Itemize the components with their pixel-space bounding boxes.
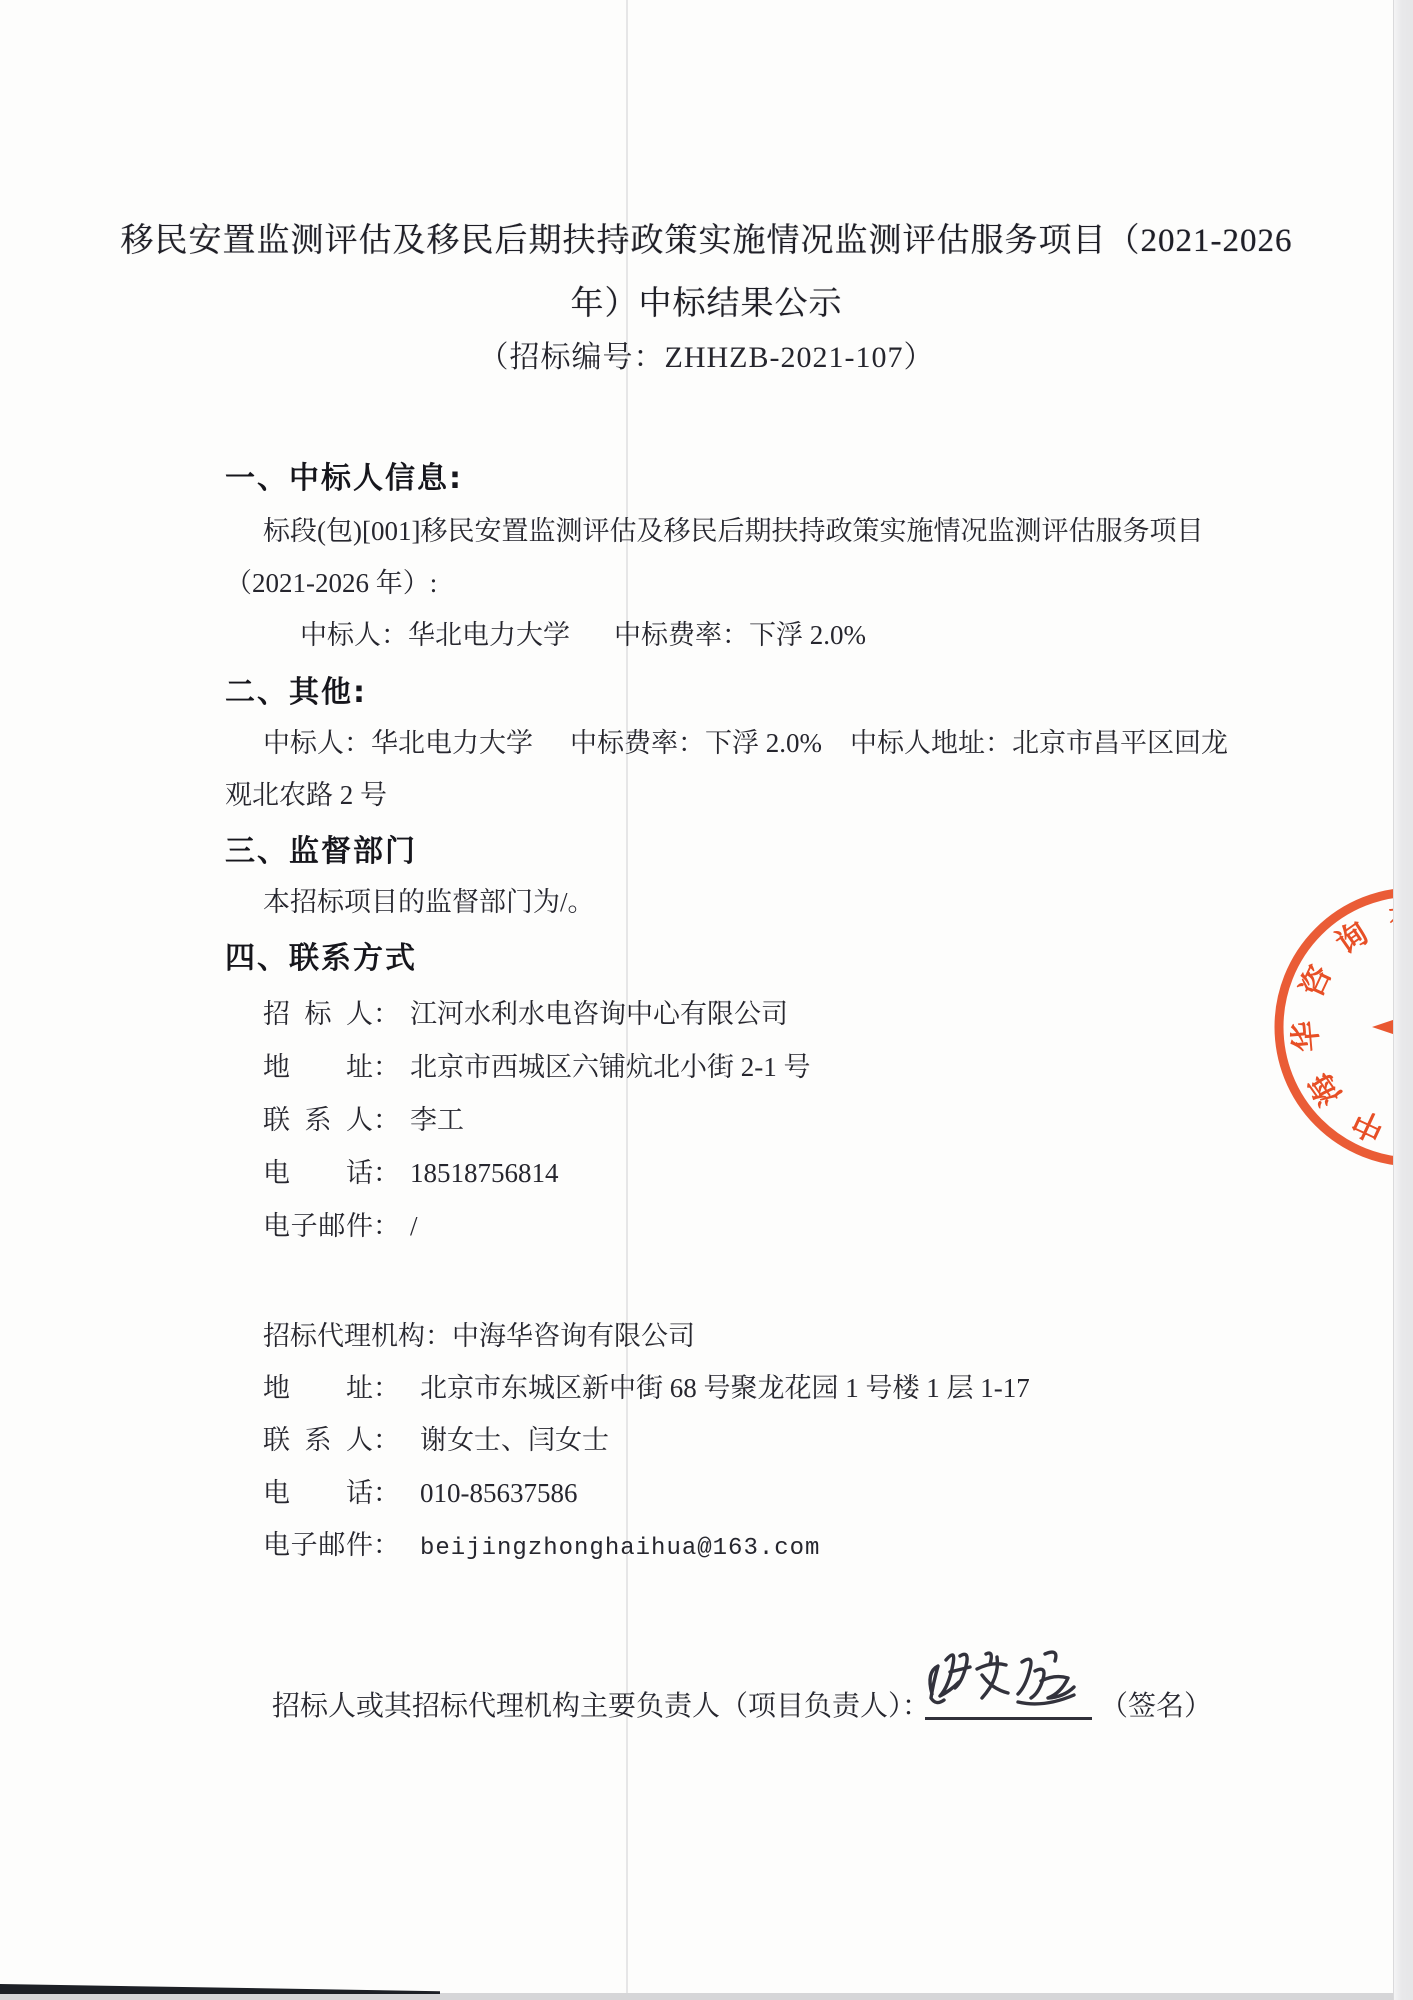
document-title-line-2: 年）中标结果公示 xyxy=(0,277,1413,324)
lot-description-line-1: 标段(包)[001]移民安置监测评估及移民后期扶持政策实施情况监测评估服务项目 xyxy=(263,509,1203,548)
label-colon: ： xyxy=(373,1098,400,1137)
agency-phone-value: 010-85637586 xyxy=(420,1478,578,1509)
agency-intro-row: 招标代理机构：中海华咨询有限公司 xyxy=(263,1314,695,1353)
scanned-document-page: 移民安置监测评估及移民后期扶持政策实施情况监测评估服务项目（2021-2026 … xyxy=(0,0,1413,2000)
phone-value: 18518756814 xyxy=(410,1158,559,1189)
email-value: / xyxy=(410,1211,418,1242)
agency-email-label: 电子邮件 xyxy=(263,1523,373,1562)
document-title-line-1: 移民安置监测评估及移民后期扶持政策实施情况监测评估服务项目（2021-2026 xyxy=(0,214,1413,261)
agency-intro-label: 招标代理机构： xyxy=(263,1314,452,1353)
contact-person-value: 李工 xyxy=(410,1098,464,1137)
agency-phone-row: 电话：010-85637586 xyxy=(263,1471,578,1510)
other-winner-rate: 中标费率：下浮 2.0% xyxy=(570,721,822,760)
label-colon: ： xyxy=(373,1471,400,1510)
section-heading-winner-info: 一、中标人信息: xyxy=(225,453,463,497)
agency-email-value: beijingzhonghaihua@163.com xyxy=(420,1535,820,1562)
label-colon: ： xyxy=(373,1045,400,1084)
signature-line-suffix: （签名） xyxy=(1100,1684,1212,1724)
winner-rate: 中标费率：下浮 2.0% xyxy=(614,613,866,652)
signature-line-prefix: 招标人或其招标代理机构主要负责人（项目负责人）： xyxy=(272,1684,930,1724)
winner-address-part-1: 中标人地址：北京市昌平区回龙 xyxy=(850,721,1228,760)
supervision-body: 本招标项目的监督部门为/。 xyxy=(263,880,595,919)
contact-person-row: 联系人：李工 xyxy=(263,1098,464,1137)
label-colon: ： xyxy=(373,992,400,1031)
svg-text:中: 中 xyxy=(1347,1103,1390,1148)
winner-name: 中标人：华北电力大学 xyxy=(300,613,570,652)
agency-intro-value: 中海华咨询有限公司 xyxy=(452,1314,695,1353)
agency-phone-label: 电话 xyxy=(263,1471,373,1510)
agency-contact-person-label: 联系人 xyxy=(263,1418,373,1457)
section-heading-contact: 四、联系方式 xyxy=(225,933,417,977)
label-colon: ： xyxy=(373,1366,400,1405)
tenderer-address-row: 地址：北京市西城区六铺炕北小街 2-1 号 xyxy=(263,1045,811,1084)
agency-address-row: 地址：北京市东城区新中街 68 号聚龙花园 1 号楼 1 层 1-17 xyxy=(263,1366,1030,1405)
signature-underline xyxy=(925,1717,1092,1720)
handwritten-signature xyxy=(922,1636,1094,1722)
phone-label: 电话 xyxy=(263,1151,373,1190)
label-colon: ： xyxy=(373,1523,400,1562)
label-colon: ： xyxy=(373,1151,400,1190)
company-seal: 中海华咨询有限公司 xyxy=(1264,883,1413,1173)
section-heading-supervision: 三、监督部门 xyxy=(225,826,417,870)
label-colon: ： xyxy=(373,1204,400,1243)
email-label: 电子邮件 xyxy=(263,1204,373,1243)
lot-description-line-2: （2021-2026 年）: xyxy=(225,561,437,600)
email-row: 电子邮件：/ xyxy=(263,1204,418,1243)
tenderer-value: 江河水利水电咨询中心有限公司 xyxy=(410,992,788,1031)
label-colon: ： xyxy=(373,1418,400,1457)
address-value: 北京市西城区六铺炕北小街 2-1 号 xyxy=(410,1045,811,1084)
page-edge-shadow xyxy=(1393,0,1413,2000)
winner-address-part-2: 观北农路 2 号 xyxy=(225,773,387,812)
agency-contact-person-value: 谢女士、闫女士 xyxy=(420,1418,609,1457)
tenderer-row: 招标人：江河水利水电咨询中心有限公司 xyxy=(263,992,788,1031)
tender-number: （招标编号：ZHHZB-2021-107） xyxy=(0,332,1413,376)
address-label: 地址 xyxy=(263,1045,373,1084)
phone-row: 电话：18518756814 xyxy=(263,1151,559,1190)
bottom-scan-strip xyxy=(0,1993,1394,2000)
contact-person-label: 联系人 xyxy=(263,1098,373,1137)
agency-contact-person-row: 联系人：谢女士、闫女士 xyxy=(263,1418,609,1457)
agency-email-row: 电子邮件：beijingzhonghaihua@163.com xyxy=(263,1523,820,1562)
svg-text:华: 华 xyxy=(1287,1019,1325,1053)
svg-text:咨: 咨 xyxy=(1293,960,1338,1003)
tenderer-label: 招标人 xyxy=(263,992,373,1031)
agency-address-value: 北京市东城区新中街 68 号聚龙花园 1 号楼 1 层 1-17 xyxy=(420,1366,1030,1405)
other-winner-name: 中标人：华北电力大学 xyxy=(263,721,533,760)
bottom-scan-wedge xyxy=(0,1984,440,1994)
agency-address-label: 地址 xyxy=(263,1366,373,1405)
section-heading-other: 二、其他: xyxy=(225,667,367,711)
